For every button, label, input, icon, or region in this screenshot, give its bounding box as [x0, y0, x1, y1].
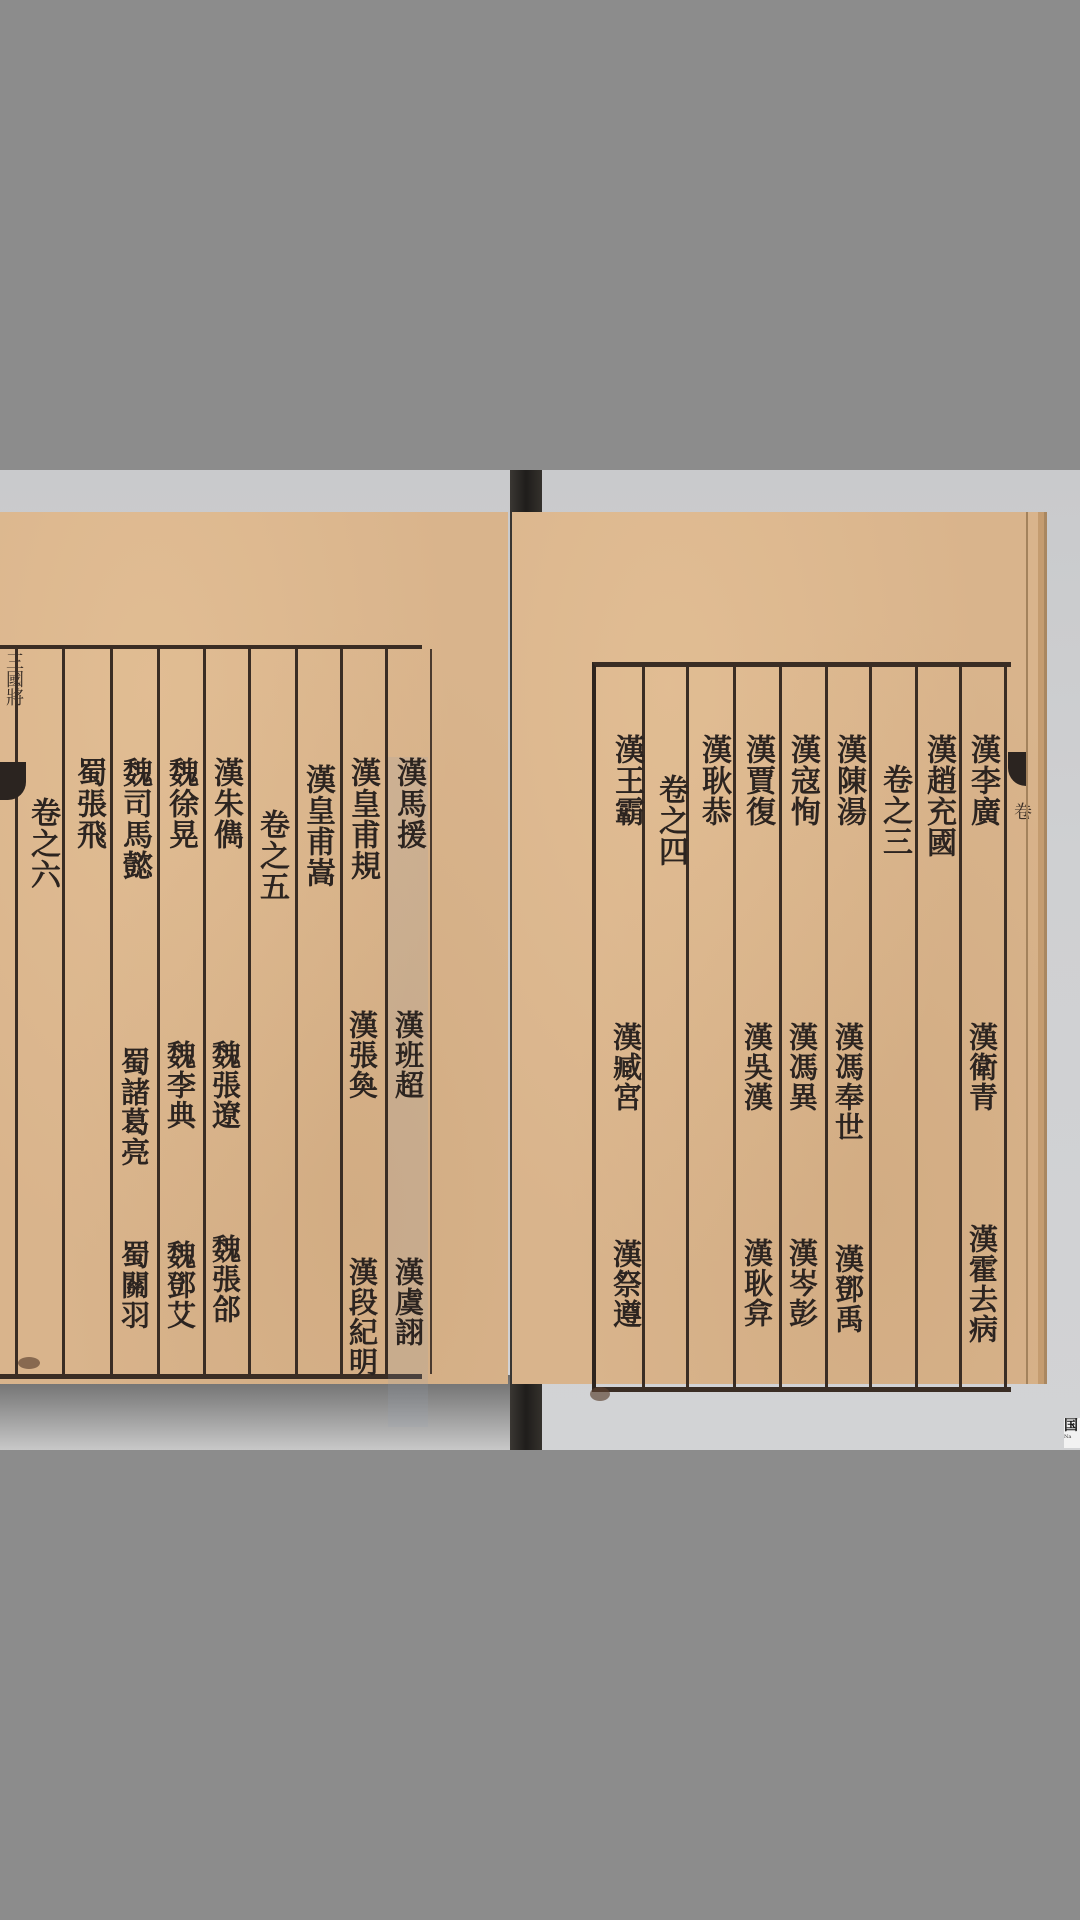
column-rule [825, 667, 828, 1387]
left-page: 三國將 漢馬援 漢班超 漢虞詡 漢皇甫規 漢張奐 漢段紀明 漢皇甫嵩 卷之五 漢… [0, 512, 508, 1384]
column-rule [869, 667, 872, 1387]
entry-top: 漢寇恂 [784, 734, 820, 827]
entry-top: 漢皇甫規 [344, 757, 380, 881]
volume-heading: 卷之五 [253, 809, 289, 902]
fold-margin-title: 三國將 [0, 652, 26, 706]
watermark-glyph: 国 [1064, 1418, 1080, 1434]
ink-stain [590, 1387, 610, 1401]
watermark-caption: Na [1064, 1434, 1080, 1440]
column-rule [295, 649, 298, 1374]
column-rule [62, 649, 65, 1374]
entry-top: 漢皇甫嵩 [299, 764, 335, 888]
entry-middle: 漢衛青 [964, 1022, 1000, 1112]
column-rule [1004, 667, 1007, 1387]
volume-heading: 卷之四 [652, 774, 688, 867]
entry-top: 漢耿恭 [695, 734, 731, 827]
entry-top: 漢朱儁 [207, 757, 243, 850]
column-rule [15, 649, 18, 1374]
fold-margin-label: 卷 [1008, 802, 1034, 820]
entry-top: 魏司馬懿 [116, 757, 152, 881]
column-rule [779, 667, 782, 1387]
volume-heading: 卷之三 [876, 764, 912, 857]
column-rule [915, 667, 918, 1387]
entry-top: 漢賈復 [739, 734, 775, 827]
entry-top: 漢王霸 [608, 734, 644, 827]
ink-stain [18, 1357, 40, 1369]
column-rule [959, 667, 962, 1387]
page-shadow [0, 1375, 540, 1450]
entry-middle: 魏張遼 [207, 1040, 243, 1130]
entry-bottom: 漢鄧禹 [830, 1244, 866, 1334]
entry-middle: 蜀諸葛亮 [116, 1047, 152, 1167]
entry-middle: 漢班超 [390, 1010, 426, 1100]
volume-heading: 卷之六 [24, 797, 60, 890]
library-watermark: 国 Na [1064, 1418, 1080, 1448]
column-rule [340, 649, 343, 1374]
column-rule [110, 649, 113, 1374]
entry-middle: 漢馮異 [784, 1022, 820, 1112]
column-rule [157, 649, 160, 1374]
entry-middle: 漢張奐 [344, 1010, 380, 1100]
column-rule [248, 649, 251, 1374]
column-rule [430, 649, 432, 1374]
entry-top: 魏徐晃 [162, 757, 198, 850]
entry-middle: 漢吳漢 [739, 1022, 775, 1112]
entry-top: 蜀張飛 [70, 757, 106, 850]
entry-middle: 魏李典 [162, 1040, 198, 1130]
column-rule [733, 667, 736, 1387]
book-photograph: 三國將 漢馬援 漢班超 漢虞詡 漢皇甫規 漢張奐 漢段紀明 漢皇甫嵩 卷之五 漢… [0, 470, 1080, 1450]
entry-middle: 漢臧宮 [608, 1022, 644, 1112]
entry-top: 漢李廣 [964, 734, 1000, 827]
column-rule [203, 649, 206, 1374]
entry-bottom: 魏張郃 [207, 1234, 243, 1324]
entry-bottom: 漢岑彭 [784, 1238, 820, 1328]
entry-bottom: 漢霍去病 [964, 1224, 1000, 1344]
entry-top: 漢馬援 [390, 757, 426, 850]
entry-bottom: 漢段紀明 [344, 1257, 380, 1377]
entry-top: 漢趙充國 [920, 734, 956, 858]
entry-bottom: 漢虞詡 [390, 1257, 426, 1347]
right-page: 漢李廣 漢衛青 漢霍去病 漢趙充國 卷之三 漢陳湯 漢馮奉世 漢鄧禹 漢寇恂 漢… [512, 512, 1044, 1384]
entry-bottom: 漢祭遵 [608, 1239, 644, 1329]
entry-bottom: 魏鄧艾 [162, 1240, 198, 1330]
entry-middle: 漢馮奉世 [830, 1022, 866, 1142]
entry-bottom: 漢耿弇 [739, 1238, 775, 1328]
entry-top: 漢陳湯 [830, 734, 866, 827]
entry-bottom: 蜀關羽 [116, 1240, 152, 1330]
